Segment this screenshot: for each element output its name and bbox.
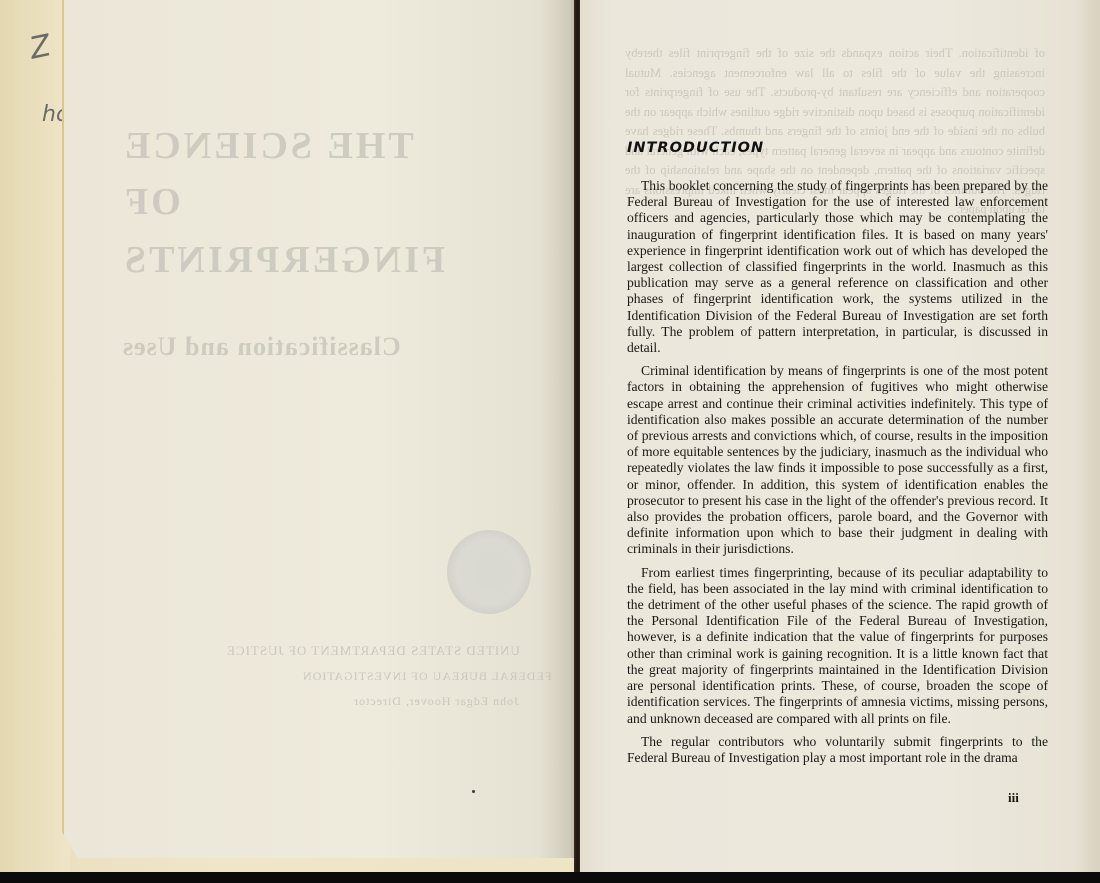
bleed-title-line: OF [122, 180, 181, 224]
bleed-title-line: FINGERPRINTS [122, 238, 445, 282]
background-edge [0, 872, 1100, 883]
introduction-section: INTRODUCTION This booklet concerning the… [627, 140, 1048, 773]
bleed-subtitle: Classification and Uses [122, 332, 401, 362]
book-spine [574, 0, 581, 872]
paragraph: Criminal identification by means of fing… [627, 363, 1048, 557]
paper-speck [472, 790, 475, 793]
paragraph: The regular contributors who voluntarily… [627, 734, 1048, 766]
paragraph: This booklet concerning the study of fin… [627, 178, 1048, 356]
paragraph: From earliest times fingerprinting, beca… [627, 565, 1048, 727]
bleed-publisher-line: John Edgar Hoover, Director [353, 694, 519, 709]
cover-flap-edge [0, 0, 70, 872]
seal-icon [447, 530, 531, 614]
book-spread: Z hc THE SCIENCE OF FINGERPRINTS Classif… [0, 0, 1100, 883]
bleed-publisher-line: UNITED STATES DEPARTMENT OF JUSTICE [226, 643, 520, 659]
bleed-title-line: THE SCIENCE [122, 124, 414, 168]
page-number: iii [1008, 790, 1019, 806]
section-heading: INTRODUCTION [627, 140, 1048, 156]
bleed-publisher-line: FEDERAL BUREAU OF INVESTIGATION [302, 669, 552, 684]
